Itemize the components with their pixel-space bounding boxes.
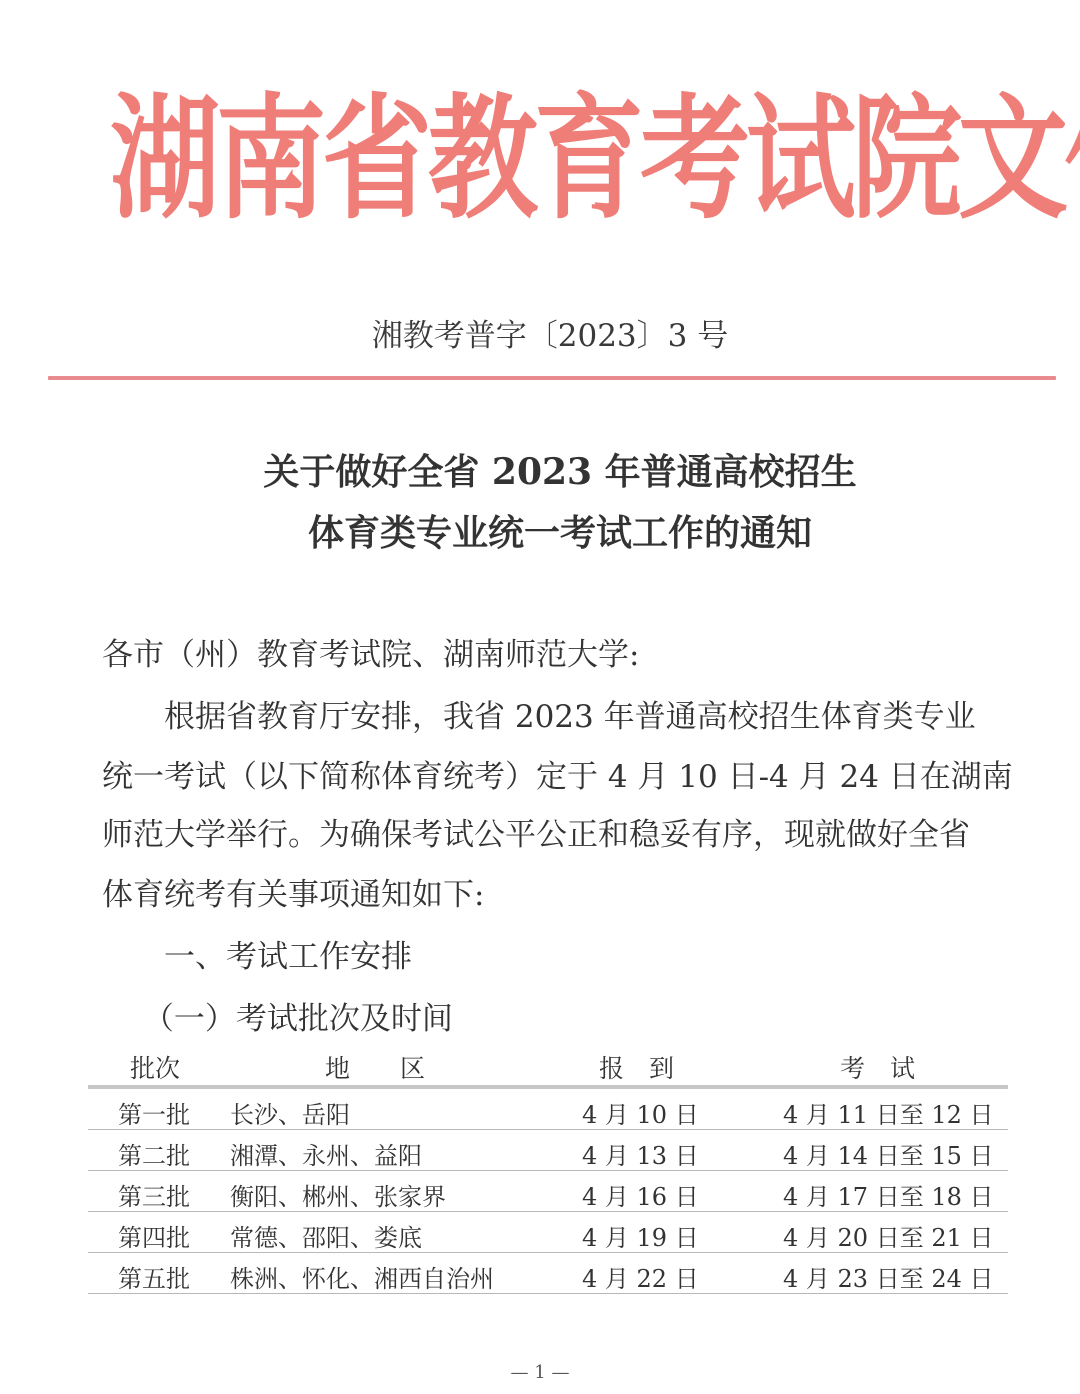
cell-exam: 4 月 20 日至 21 日 (783, 1218, 994, 1253)
subsection-heading: （一）考试批次及时间 (102, 990, 1022, 1049)
table-header-row: 批次 地 区 报 到 考 试 (88, 1045, 1008, 1089)
paragraph-line: 统一考试（以下简称体育统考）定于 4 月 10 日-4 月 24 日在湖南 (102, 748, 1022, 807)
table-row: 第三批 衡阳、郴州、张家界 4 月 16 日 4 月 17 日至 18 日 (88, 1171, 1008, 1212)
notice-title-line-1: 关于做好全省 2023 年普通高校招生 (0, 446, 1080, 498)
section-heading: 一、考试工作安排 (102, 928, 1022, 987)
red-divider-rule (48, 376, 1056, 380)
cell-region: 长沙、岳阳 (230, 1095, 350, 1130)
table-row: 第二批 湘潭、永州、益阳 4 月 13 日 4 月 14 日至 15 日 (88, 1130, 1008, 1171)
header-region: 地 区 (325, 1049, 425, 1085)
table-row: 第一批 长沙、岳阳 4 月 10 日 4 月 11 日至 12 日 (88, 1089, 1008, 1130)
cell-checkin: 4 月 10 日 (582, 1095, 699, 1130)
masthead-title: 湖南省教育考试院文件 (110, 55, 1000, 262)
cell-batch: 第五批 (118, 1259, 190, 1294)
cell-region: 株洲、怀化、湘西自治州 (230, 1259, 494, 1294)
notice-title-line-2: 体育类专业统一考试工作的通知 (0, 507, 1080, 559)
cell-batch: 第二批 (118, 1136, 190, 1171)
cell-checkin: 4 月 19 日 (582, 1218, 699, 1253)
cell-checkin: 4 月 22 日 (582, 1259, 699, 1294)
header-checkin: 报 到 (599, 1049, 674, 1085)
cell-batch: 第四批 (118, 1218, 190, 1253)
cell-region: 湘潭、永州、益阳 (230, 1136, 422, 1171)
document-number: 湘教考普字〔2023〕3 号 (0, 312, 1080, 360)
salutation: 各市（州）教育考试院、湖南师范大学: (102, 626, 1022, 685)
cell-exam: 4 月 23 日至 24 日 (783, 1259, 994, 1294)
paragraph-line: 体育统考有关事项通知如下: (102, 866, 1022, 925)
cell-batch: 第三批 (118, 1177, 190, 1212)
table-row: 第四批 常德、邵阳、娄底 4 月 19 日 4 月 20 日至 21 日 (88, 1212, 1008, 1253)
cell-exam: 4 月 17 日至 18 日 (783, 1177, 994, 1212)
cell-region: 常德、邵阳、娄底 (230, 1218, 422, 1253)
header-batch: 批次 (130, 1049, 180, 1085)
cell-exam: 4 月 14 日至 15 日 (783, 1136, 994, 1171)
paragraph-line: 师范大学举行。为确保考试公平公正和稳妥有序，现就做好全省 (102, 806, 1022, 865)
table-row: 第五批 株洲、怀化、湘西自治州 4 月 22 日 4 月 23 日至 24 日 (88, 1253, 1008, 1294)
header-exam: 考 试 (840, 1049, 915, 1085)
cell-checkin: 4 月 16 日 (582, 1177, 699, 1212)
cell-exam: 4 月 11 日至 12 日 (783, 1095, 994, 1130)
cell-region: 衡阳、郴州、张家界 (230, 1177, 446, 1212)
cell-batch: 第一批 (118, 1095, 190, 1130)
schedule-table: 批次 地 区 报 到 考 试 第一批 长沙、岳阳 4 月 10 日 4 月 11… (88, 1045, 1008, 1294)
page-number: — 1 — (0, 1362, 1080, 1383)
cell-checkin: 4 月 13 日 (582, 1136, 699, 1171)
paragraph-line: 根据省教育厅安排，我省 2023 年普通高校招生体育类专业 (102, 688, 1022, 747)
